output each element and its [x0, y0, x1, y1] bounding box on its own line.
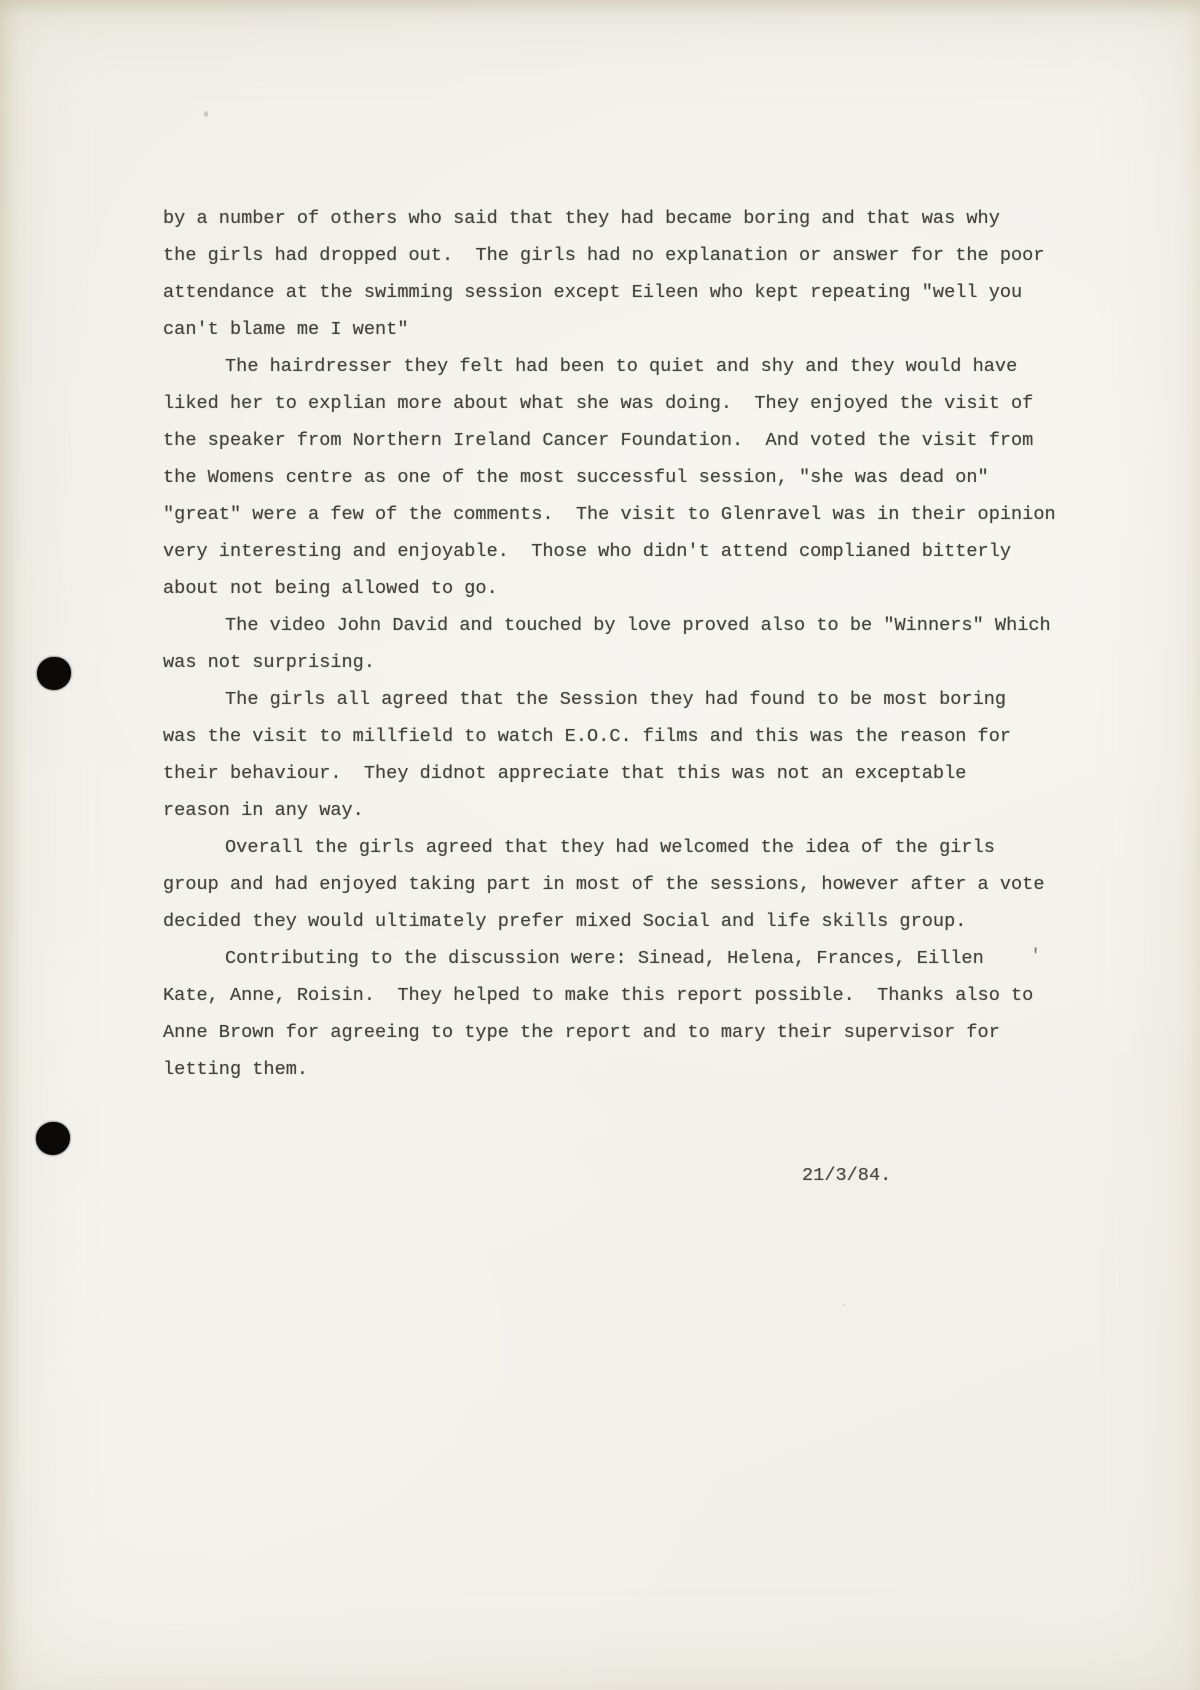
- text-line: group and had enjoyed taking part in mos…: [163, 866, 1093, 903]
- text-line: letting them.: [163, 1051, 1093, 1088]
- text-line: reason in any way.: [163, 792, 1093, 829]
- text-line: The hairdresser they felt had been to qu…: [163, 348, 1093, 385]
- text-line: the girls had dropped out. The girls had…: [163, 237, 1093, 274]
- stray-typed-mark: ': [1030, 938, 1041, 975]
- text-line: The girls all agreed that the Session th…: [163, 681, 1093, 718]
- text-line: Kate, Anne, Roisin. They helped to make …: [163, 977, 1093, 1014]
- text-line: liked her to explian more about what she…: [163, 385, 1093, 422]
- text-line: attendance at the swimming session excep…: [163, 274, 1093, 311]
- text-line: "great" were a few of the comments. The …: [163, 496, 1093, 533]
- text-line: was the visit to millfield to watch E.O.…: [163, 718, 1093, 755]
- text-line: the Womens centre as one of the most suc…: [163, 459, 1093, 496]
- date: 21/3/84.: [802, 1157, 891, 1194]
- text-line: Anne Brown for agreeing to type the repo…: [163, 1014, 1093, 1051]
- text-line: by a number of others who said that they…: [163, 200, 1093, 237]
- text-line: the speaker from Northern Ireland Cancer…: [163, 422, 1093, 459]
- text-line: Contributing to the discussion were: Sin…: [163, 940, 1093, 977]
- text-line: about not being allowed to go.: [163, 570, 1093, 607]
- text-line: their behaviour. They didnot appreciate …: [163, 755, 1093, 792]
- text-line: Overall the girls agreed that they had w…: [163, 829, 1093, 866]
- hole-punch-top: [37, 657, 71, 690]
- text-line: was not surprising.: [163, 644, 1093, 681]
- paper-speck: [842, 1303, 845, 1306]
- text-line: The video John David and touched by love…: [163, 607, 1093, 644]
- text-line: decided they would ultimately prefer mix…: [163, 903, 1093, 940]
- text-line: very interesting and enjoyable. Those wh…: [163, 533, 1093, 570]
- text-line: can't blame me I went": [163, 311, 1093, 348]
- typewritten-text-block: by a number of others who said that they…: [163, 200, 1093, 1088]
- scanned-paper-background: by a number of others who said that they…: [0, 0, 1200, 1690]
- paper-speck: [204, 111, 208, 117]
- hole-punch-bottom: [36, 1122, 70, 1155]
